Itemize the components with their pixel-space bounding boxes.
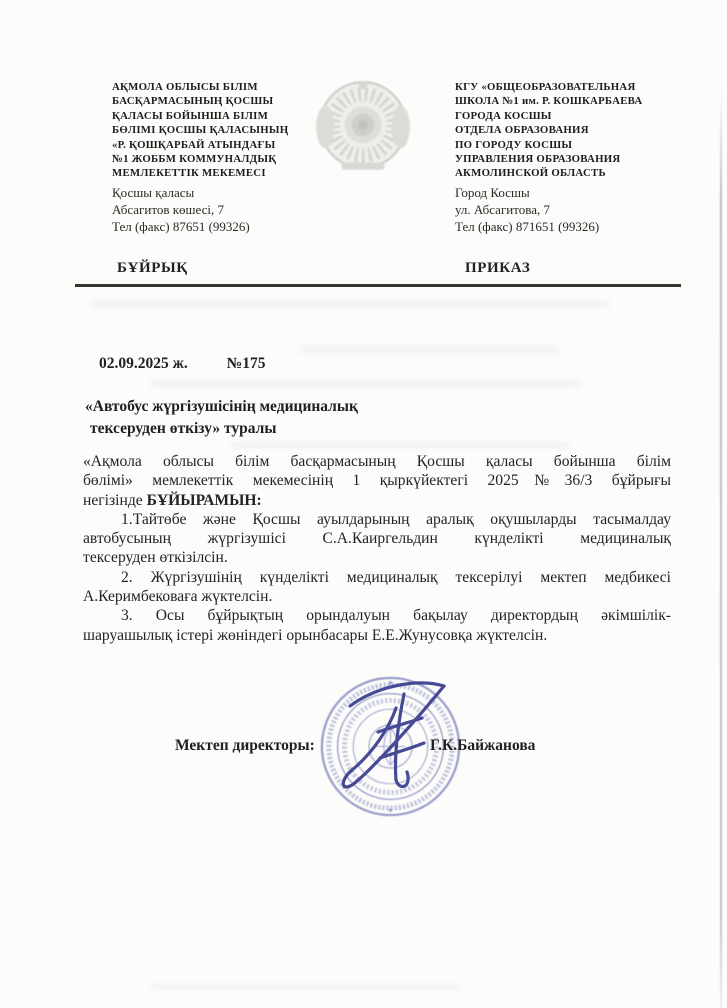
org-name-line: АКМОЛИНСКОЙ ОБЛАСТЬ [455, 166, 695, 180]
kazakhstan-emblem-icon [310, 74, 416, 180]
scan-artifact [150, 983, 460, 990]
doc-type-kazakh: БҰЙРЫҚ [117, 260, 188, 277]
doc-meta-row: 02.09.2025 ж. №175 [99, 355, 265, 373]
scan-artifact [300, 345, 560, 354]
scanned-order-document: АҚМОЛА ОБЛЫСЫ БІЛІМ БАСҚАРМАСЫНЫҢ ҚОСШЫ … [0, 0, 727, 1008]
body-line: бөлімі» мемлекеттік мекемесінің 1 қыркүй… [83, 471, 671, 490]
subject-line: «Автобус жүргізушісінің медициналық [85, 396, 358, 418]
order-verb: БҰЙЫРАМЫН: [147, 492, 262, 509]
org-name-line: БӨЛІМІ ҚОСШЫ ҚАЛАСЫНЫҢ [112, 123, 320, 137]
order-item-line: 2. Жүргізушінің күнделікті медициналық т… [83, 568, 671, 587]
signature-icon [322, 664, 457, 802]
doc-body: «Ақмола облысы білім басқармасының Қосшы… [83, 452, 671, 645]
org-name-line: БАСҚАРМАСЫНЫҢ ҚОСШЫ [112, 94, 320, 108]
org-address-line: Абсагитов көшесі, 7 [112, 201, 320, 218]
org-name-line: ПО ГОРОДУ КОСШЫ [455, 138, 695, 152]
org-address-line: Қосшы қаласы [112, 184, 320, 201]
org-name-line: КГУ «ОБЩЕОБРАЗОВАТЕЛЬНАЯ [455, 80, 695, 94]
org-block-russian: КГУ «ОБЩЕОБРАЗОВАТЕЛЬНАЯ ШКОЛА №1 им. Р.… [455, 80, 695, 235]
scan-edge-line [720, 90, 722, 1008]
org-name-line: №1 ЖОББМ КОММУНАЛДЫҚ [112, 152, 320, 166]
doc-type-russian: ПРИКАЗ [465, 260, 530, 277]
org-name-line: МЕМЛЕКЕТТІК МЕКЕМЕСІ [112, 166, 320, 180]
body-line: негізінде БҰЙЫРАМЫН: [83, 491, 671, 510]
order-item-line: автобусының жүргізушісі С.А.Каиргельдин … [83, 529, 671, 548]
org-name-line: УПРАВЛЕНИЯ ОБРАЗОВАНИЯ [455, 152, 695, 166]
org-name-line: ОТДЕЛА ОБРАЗОВАНИЯ [455, 123, 695, 137]
org-address-line: Город Косшы [455, 184, 695, 201]
order-item-line: А.Керимбековаға жүктелсін. [83, 587, 671, 606]
org-name-line: «Р. ҚОШҚАРБАЙ АТЫНДАҒЫ [112, 138, 320, 152]
order-item-line: 1.Тайтөбе және Қосшы ауылдарының аралық … [83, 510, 671, 529]
org-address-line: ул. Абсагитова, 7 [455, 201, 695, 218]
org-address-line: Тел (факс) 87651 (99326) [112, 218, 320, 235]
signature-name: Г.К.Байжанова [430, 737, 535, 755]
order-item-line: тексеруден өткізілсін. [83, 548, 671, 567]
org-block-kazakh: АҚМОЛА ОБЛЫСЫ БІЛІМ БАСҚАРМАСЫНЫҢ ҚОСШЫ … [112, 80, 320, 235]
subject-line: тексеруден өткізу» туралы [90, 418, 358, 440]
body-line: «Ақмола облысы білім басқармасының Қосшы… [83, 452, 671, 471]
doc-subject: «Автобус жүргізушісінің медициналық текс… [85, 396, 358, 439]
order-item-line: 3. Осы бұйрықтың орындалуын бақылау дире… [83, 606, 671, 625]
scan-artifact [230, 441, 570, 449]
signature-role-label: Мектеп директоры: [175, 737, 315, 755]
org-name-line: ҚАЛАСЫ БОЙЫНША БІЛІМ [112, 109, 320, 123]
org-name-line: АҚМОЛА ОБЛЫСЫ БІЛІМ [112, 80, 320, 94]
order-item-line: шаруашылық істері жөніндегі орынбасары Е… [83, 626, 671, 645]
header-divider-rule [75, 284, 681, 287]
org-name-line: ШКОЛА №1 им. Р. КОШКАРБАЕВА [455, 94, 695, 108]
scan-artifact [150, 379, 580, 388]
org-address-line: Тел (факс) 871651 (99326) [455, 218, 695, 235]
doc-number: №175 [227, 355, 266, 372]
scan-artifact [90, 300, 610, 308]
org-name-line: ГОРОДА КОСШЫ [455, 109, 695, 123]
doc-date: 02.09.2025 ж. [99, 355, 188, 372]
